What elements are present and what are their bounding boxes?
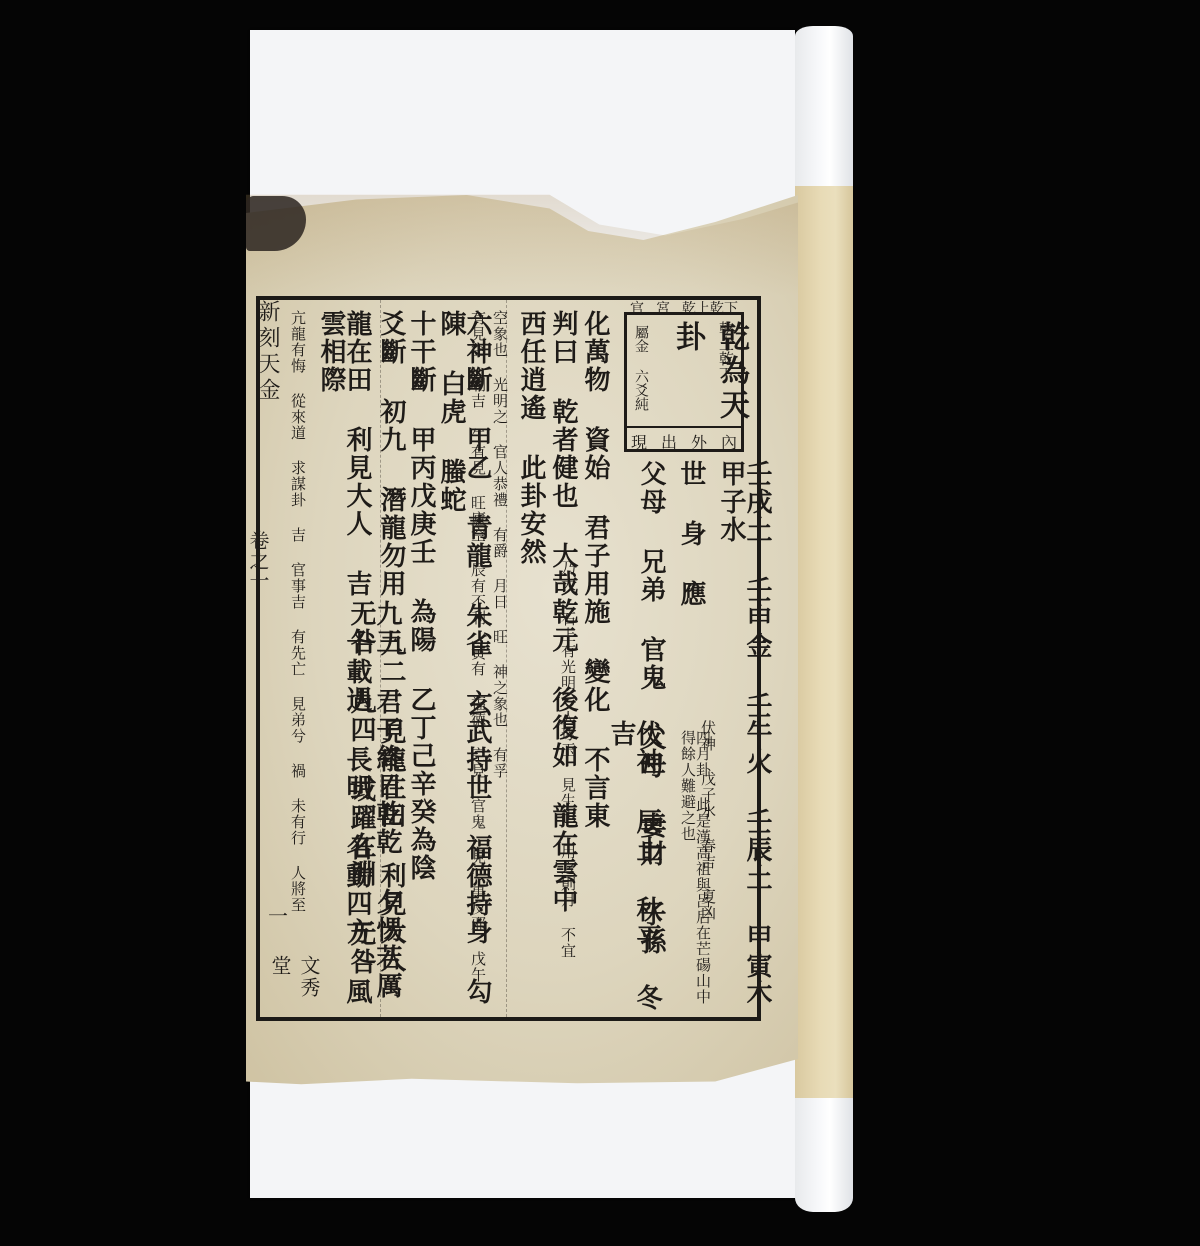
text-column: 亢龍有悔 從來道 求謀卦 吉 官事吉 有先亡 見弟兮 禍 未有行 人將至 (290, 310, 305, 913)
scroll-roll-paper (795, 186, 853, 1098)
title-left: 屬金 六爻純 (631, 325, 651, 411)
text-column: 化萬物 資始 君子用施 變化 不言東 (582, 310, 608, 830)
print-frame: 乾上乾下 宮 官 乾上乾下 乾為天卦 屬金 六爻純 內 外 出 現 壬戌土 壬申… (256, 296, 761, 1021)
text-column: 伏神 辰土 秋平 冬吉 (608, 720, 660, 1017)
text-column: 西任逍遙 此卦安然 (518, 310, 544, 566)
page-number: 一 (268, 900, 288, 929)
bar-label: 現 (631, 430, 647, 453)
text-column: 龍在田 利見大人 吉 十載遇 長明 名動四方 風雲相際 (318, 310, 370, 1017)
text-column: 世 身 應 (678, 460, 704, 608)
text-column: 四月卦 此是漢高祖與呂后在芒碭山中得餘人難避之也 (680, 730, 710, 1017)
bar-label: 出 (661, 430, 677, 453)
bar-label: 外 (691, 430, 707, 453)
text-column: 空象也 光明之 官人恭禮 有爵 月日 旺 神之象也 有孚 (492, 310, 507, 779)
text-column: 六神斷 甲乙 青龍 朱雀 玄武持世 福德持身 勾陳 白虎 螣蛇 (438, 310, 490, 1017)
text-column: 壬戌土 壬申金 壬午火 壬辰土 甲寅木 甲子水 (718, 460, 770, 1017)
text-column: 判曰 乾者健也 大哉乾元 後復如 龍在雲中 (550, 310, 576, 914)
title-bottom-bar: 內 外 出 現 (624, 426, 744, 454)
bar-label: 內 (721, 430, 737, 453)
text-column: 十干斷 甲丙戊庚壬 為陽 乙丁己辛癸為陰 (408, 310, 434, 882)
publisher-mark: 文秀堂 (266, 955, 324, 1017)
